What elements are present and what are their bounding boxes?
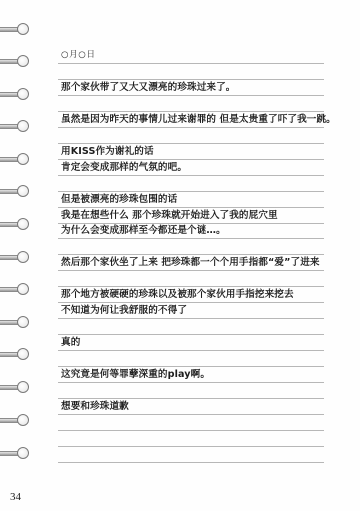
binding-ring [0,185,32,199]
binding-ring [0,218,32,232]
binding-ring [0,251,32,265]
ruled-line: 真的 [58,335,324,351]
ring-hole-icon [17,88,29,100]
ruled-line [58,319,324,335]
handwritten-text: 真的 [61,337,80,348]
ruled-line: 我是在想些什么 那个珍珠就开始进入了我的屁穴里 [58,208,324,224]
binding-ring [0,153,32,167]
notebook-page: ○月○日那个家伙带了又大又漂亮的珍珠过来了。虽然是因为昨天的事情儿过来谢罪的 但… [0,0,360,511]
handwritten-text: 想要和珍珠道歉 [61,401,129,412]
ruled-line [58,351,324,367]
handwritten-text: 虽然是因为昨天的事情儿过来谢罪的 但是太贵重了吓了我一跳。 [61,114,336,125]
ring-hole-icon [17,120,29,132]
ring-hole-icon [17,23,29,35]
ruled-line: 不知道为何让我舒服的不得了 [58,303,324,319]
spiral-binding [0,0,40,511]
ruled-line [58,431,324,447]
page-number: 34 [10,491,21,503]
handwritten-text: 那个家伙带了又大又漂亮的珍珠过来了。 [61,82,236,93]
binding-ring [0,381,32,395]
binding-ring [0,348,32,362]
ruled-line [58,64,324,80]
ruled-line [58,447,324,463]
binding-ring [0,55,32,69]
handwritten-text: 为什么会变成那样至今都还是个谜…。 [61,225,226,236]
ruled-line: 肯定会变成那样的气氛的吧。 [58,160,324,176]
ring-hole-icon [17,55,29,67]
ruled-line: 为什么会变成那样至今都还是个谜…。 [58,223,324,239]
binding-ring [0,447,32,461]
binding-ring [0,120,32,134]
binding-ring [0,23,32,37]
handwritten-text: 肯定会变成那样的气氛的吧。 [61,162,187,173]
handwritten-text: 那个地方被硬硬的珍珠以及被那个家伙用手指挖来挖去 [61,289,294,300]
ruled-line: 然后那个家伙坐了上来 把珍珠都一个个用手指都“爱”了进来 [58,255,324,271]
ruled-line [58,239,324,255]
ruled-line [58,96,324,112]
ruled-line: 想要和珍珠道歉 [58,399,324,415]
ruled-line [58,415,324,431]
entry-date: ○月○日 [61,50,96,61]
ring-hole-icon [17,185,29,197]
handwritten-text: 然后那个家伙坐了上来 把珍珠都一个个用手指都“爱”了进来 [61,257,320,268]
handwritten-text: 这究竟是何等罪孽深重的play啊。 [61,369,210,380]
date-line: ○月○日 [58,48,324,64]
ring-hole-icon [17,414,29,426]
ruled-line: 用KISS作为谢礼的话 [58,144,324,160]
binding-ring [0,316,32,330]
ring-hole-icon [17,316,29,328]
ring-hole-icon [17,283,29,295]
ring-hole-icon [17,348,29,360]
ruled-line: 但是被漂亮的珍珠包围的话 [58,192,324,208]
ruled-line: 那个家伙带了又大又漂亮的珍珠过来了。 [58,80,324,96]
binding-ring [0,283,32,297]
handwritten-text: 我是在想些什么 那个珍珠就开始进入了我的屁穴里 [61,210,278,221]
ruled-lines: ○月○日那个家伙带了又大又漂亮的珍珠过来了。虽然是因为昨天的事情儿过来谢罪的 但… [58,0,324,511]
ruled-line: 那个地方被硬硬的珍珠以及被那个家伙用手指挖来挖去 [58,287,324,303]
ruled-line [58,128,324,144]
ring-hole-icon [17,447,29,459]
handwritten-text: 用KISS作为谢礼的话 [61,146,154,157]
ring-hole-icon [17,218,29,230]
ring-hole-icon [17,153,29,165]
binding-ring [0,88,32,102]
ruled-line: 虽然是因为昨天的事情儿过来谢罪的 但是太贵重了吓了我一跳。 [58,112,324,128]
ring-hole-icon [17,251,29,263]
binding-ring [0,414,32,428]
ruled-line: 这究竟是何等罪孽深重的play啊。 [58,367,324,383]
ruled-line [58,383,324,399]
ruled-line [58,176,324,192]
handwritten-text: 不知道为何让我舒服的不得了 [61,305,187,316]
handwritten-text: 但是被漂亮的珍珠包围的话 [61,194,177,205]
ring-hole-icon [17,381,29,393]
ruled-line [58,271,324,287]
